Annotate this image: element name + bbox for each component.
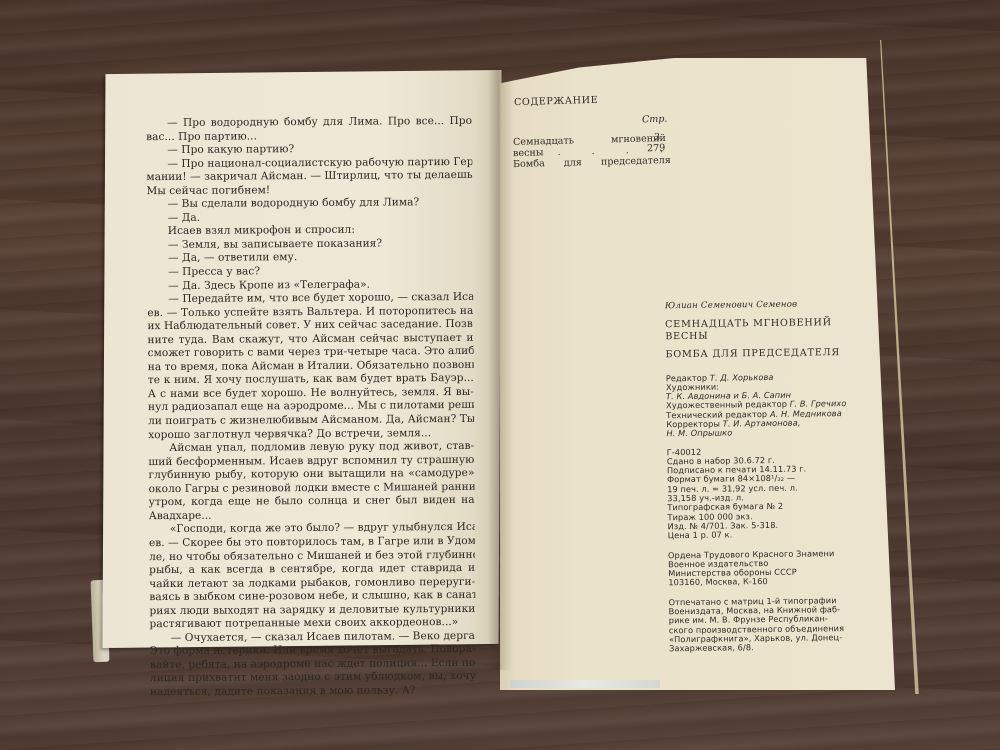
publisher-info: Ордена Трудового Красного ЗнамениВоенное… <box>668 548 868 588</box>
print-details: Г-40012Сдано в набор 30.6.72 г.Подписано… <box>667 445 868 540</box>
credit-line: Н. М. Опрышко <box>666 427 866 439</box>
credit-person: Т. Д. Хорькова <box>710 371 774 382</box>
imprint-block: Юлиан Семенович Семенов СЕМНАДЦАТЬ МГНОВ… <box>665 299 869 654</box>
contents-entry-1-page: 3 <box>654 132 660 143</box>
imprint-line: Захаржевская, 6/8. <box>669 642 869 654</box>
author-name: Юлиан Семенович Семенов <box>665 299 865 311</box>
credits-list: Редактор Т. Д. ХорьковаХудожники:Т. К. А… <box>666 371 867 439</box>
contents-page-column-label: Стр. <box>642 114 668 126</box>
contents-entry-2-page: 279 <box>647 143 666 154</box>
imprint-line: Цена 1 р. 07 к. <box>668 529 868 541</box>
imprint-line: 103160, Москва, К-160 <box>668 576 868 588</box>
title-line: БОМБА ДЛЯ ПРЕДСЕДАТЕЛЯ <box>665 347 865 361</box>
printer-info: Отпечатано с матриц 1-й типографииВоениз… <box>668 596 869 654</box>
contents-heading: СОДЕРЖАНИЕ <box>514 95 599 108</box>
title-line: ВЕСНЫ <box>665 328 865 342</box>
book-titles: СЕМНАДЦАТЬ МГНОВЕНИЙ ВЕСНЫ БОМБА ДЛЯ ПРЕ… <box>665 317 865 361</box>
credit-person: Н. М. Опрышко <box>666 428 732 439</box>
credit-person: Т. И. Артамонова, <box>723 418 801 429</box>
right-page-content: СОДЕРЖАНИЕ Стр. Семнадцать мгновений вес… <box>0 0 1000 750</box>
